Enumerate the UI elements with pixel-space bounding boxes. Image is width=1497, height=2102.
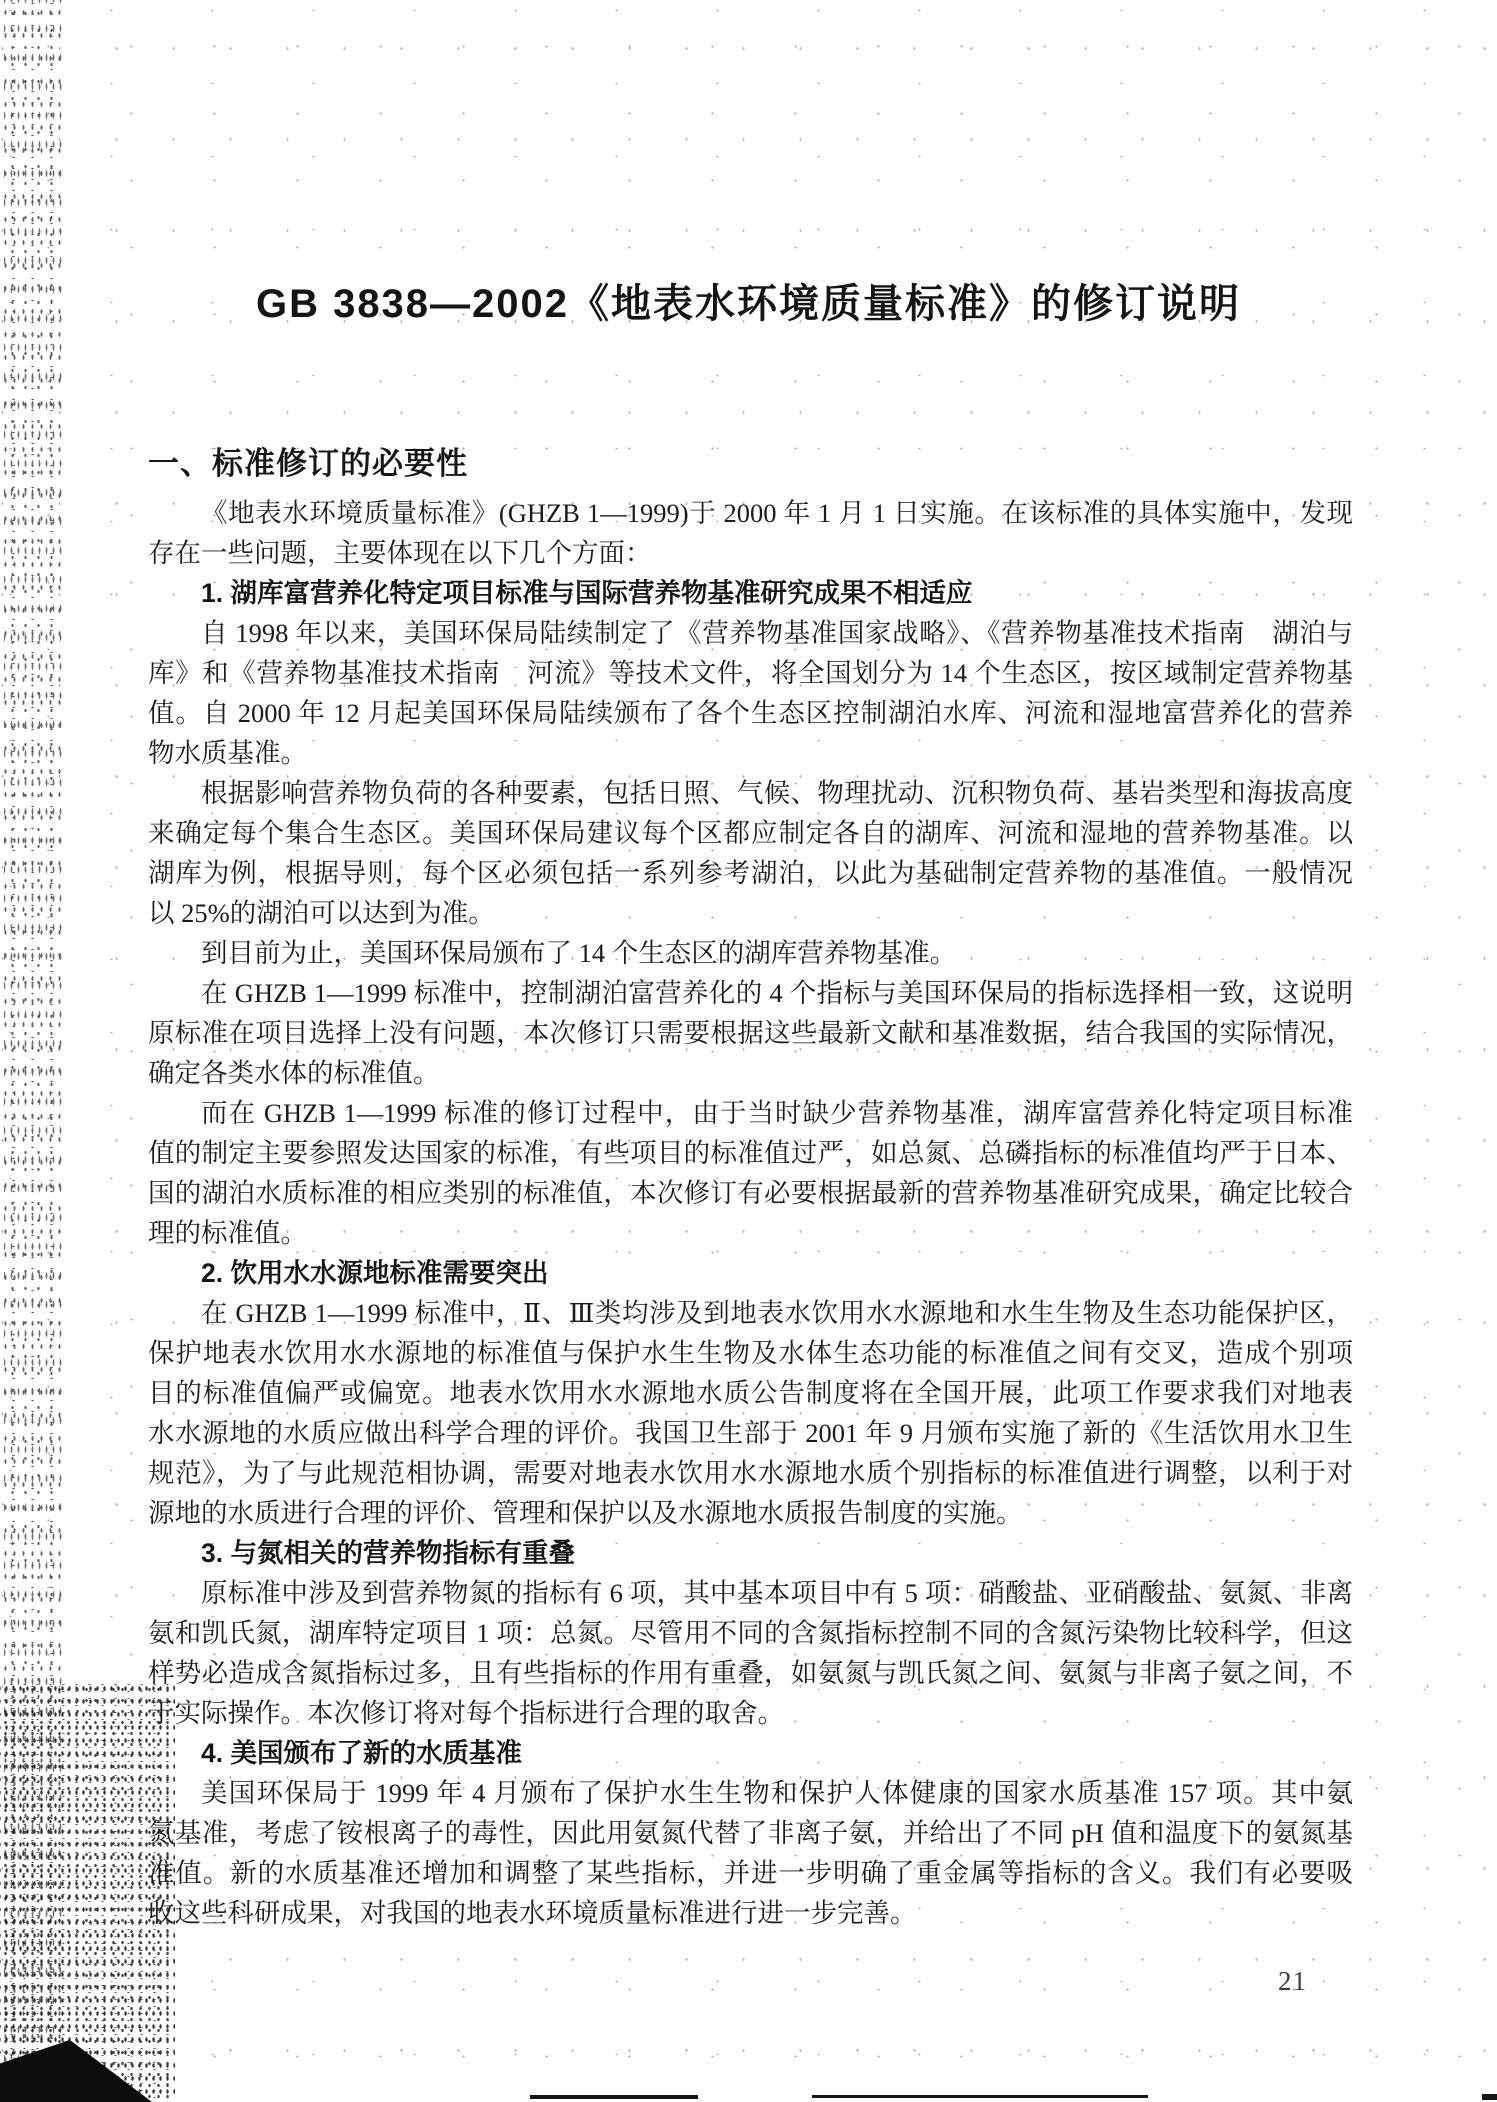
text-line: 于实际操作。本次修订将对每个指标进行合理的取舍。 xyxy=(148,1693,1353,1733)
item-heading-line: 2. 饮用水水源地标准需要突出 xyxy=(148,1253,1353,1293)
text-line: 氮基准，考虑了铵根离子的毒性，因此用氨氮代替了非离子氨，并给出了不同 pH 值和… xyxy=(148,1813,1353,1853)
text-line: 《地表水环境质量标准》(GHZB 1—1999)于 2000 年 1 月 1 日… xyxy=(148,493,1353,533)
text-line: 在 GHZB 1—1999 标准中，控制湖泊富营养化的 4 个指标与美国环保局的… xyxy=(148,973,1353,1013)
text-line: 而在 GHZB 1—1999 标准的修订过程中，由于当时缺少营养物基准，湖库富营… xyxy=(148,1093,1353,1133)
text-line: 根据影响营养物负荷的各种要素，包括日照、气候、物理扰动、沉积物负荷、基岩类型和海… xyxy=(148,773,1353,813)
text-line: 湖库为例，根据导则，每个区必须包括一系列参考湖泊，以此为基础制定营养物的基准值。… xyxy=(148,853,1353,893)
scan-bottom-edge-mark xyxy=(812,2095,1148,2098)
text-line: 在 GHZB 1—1999 标准中，Ⅱ、Ⅲ类均涉及到地表水饮用水水源地和水生生物… xyxy=(148,1293,1353,1333)
text-line: 源地的水质进行合理的评价、管理和保护以及水源地水质报告制度的实施。 xyxy=(148,1493,1353,1533)
scan-bottom-edge-mark xyxy=(1482,2094,1497,2100)
text-line: 值。自 2000 年 12 月起美国环保局陆续颁布了各个生态区控制湖泊水库、河流… xyxy=(148,693,1353,733)
text-line: 确定各类水体的标准值。 xyxy=(148,1053,1353,1093)
text-line: 准值。新的水质基准还增加和调整了某些指标，并进一步明确了重金属等指标的含义。我们… xyxy=(148,1853,1353,1893)
text-line: 规范》，为了与此规范相协调，需要对地表水饮用水水源地水质个别指标的标准值进行调整… xyxy=(148,1453,1353,1493)
text-line: 国的湖泊水质标准的相应类别的标准值，本次修订有必要根据最新的营养物基准研究成果，… xyxy=(148,1173,1353,1213)
page-number: 21 xyxy=(1278,1966,1307,1997)
text-line: 样势必造成含氮指标过多，且有些指标的作用有重叠，如氨氮与凯氏氮之间、氨氮与非离子… xyxy=(148,1653,1353,1693)
item-heading-line: 4. 美国颁布了新的水质基准 xyxy=(148,1733,1353,1773)
text-line: 美国环保局于 1999 年 4 月颁布了保护水生生物和保护人体健康的国家水质基准… xyxy=(148,1773,1353,1813)
text-line: 水水源地的水质应做出科学合理的评价。我国卫生部于 2001 年 9 月颁布实施了… xyxy=(148,1413,1353,1453)
text-line: 氨和凯氏氮，湖库特定项目 1 项：总氮。尽管用不同的含氮指标控制不同的含氮污染物… xyxy=(148,1613,1353,1653)
text-line: 收这些科研成果，对我国的地表水环境质量标准进行进一步完善。 xyxy=(148,1893,1353,1933)
text-line: 原标准在项目选择上没有问题，本次修订只需要根据这些最新文献和基准数据，结合我国的… xyxy=(148,1013,1353,1053)
text-line: 物水质基准。 xyxy=(148,733,1353,773)
item-heading-line: 3. 与氮相关的营养物指标有重叠 xyxy=(148,1533,1353,1573)
text-line: 存在一些问题，主要体现在以下几个方面： xyxy=(148,533,1353,573)
text-line: 自 1998 年以来，美国环保局陆续制定了《营养物基准国家战略》、《营养物基准技… xyxy=(148,613,1353,653)
document-title: GB 3838—2002《地表水环境质量标准》的修订说明 xyxy=(0,272,1497,329)
item-heading-line: 1. 湖库富营养化特定项目标准与国际营养物基准研究成果不相适应 xyxy=(148,573,1353,613)
scan-bottom-edge-mark xyxy=(530,2095,698,2099)
text-line: 值的制定主要参照发达国家的标准，有些项目的标准值过严，如总氮、总磷指标的标准值均… xyxy=(148,1133,1353,1173)
text-line: 到目前为止，美国环保局颁布了 14 个生态区的湖库营养物基准。 xyxy=(148,933,1353,973)
text-line: 原标准中涉及到营养物氮的指标有 6 项，其中基本项目中有 5 项：硝酸盐、亚硝酸… xyxy=(148,1573,1353,1613)
section-heading: 一、标准修订的必要性 xyxy=(148,438,468,483)
text-line: 来确定每个集合生态区。美国环保局建议每个区都应制定各自的湖库、河流和湿地的营养物… xyxy=(148,813,1353,853)
text-line: 理的标准值。 xyxy=(148,1213,1353,1253)
text-line: 库》和《营养物基准技术指南 河流》等技术文件，将全国划分为 14 个生态区，按区… xyxy=(148,653,1353,693)
document-body: 《地表水环境质量标准》(GHZB 1—1999)于 2000 年 1 月 1 日… xyxy=(148,493,1353,1933)
text-line: 以 25%的湖泊可以达到为准。 xyxy=(148,893,1353,933)
document-page: GB 3838—2002《地表水环境质量标准》的修订说明 一、标准修订的必要性 … xyxy=(0,0,1497,2102)
text-line: 保护地表水饮用水水源地的标准值与保护水生生物及水体生态功能的标准值之间有交叉，造… xyxy=(148,1333,1353,1373)
text-line: 目的标准值偏严或偏宽。地表水饮用水水源地水质公告制度将在全国开展，此项工作要求我… xyxy=(148,1373,1353,1413)
